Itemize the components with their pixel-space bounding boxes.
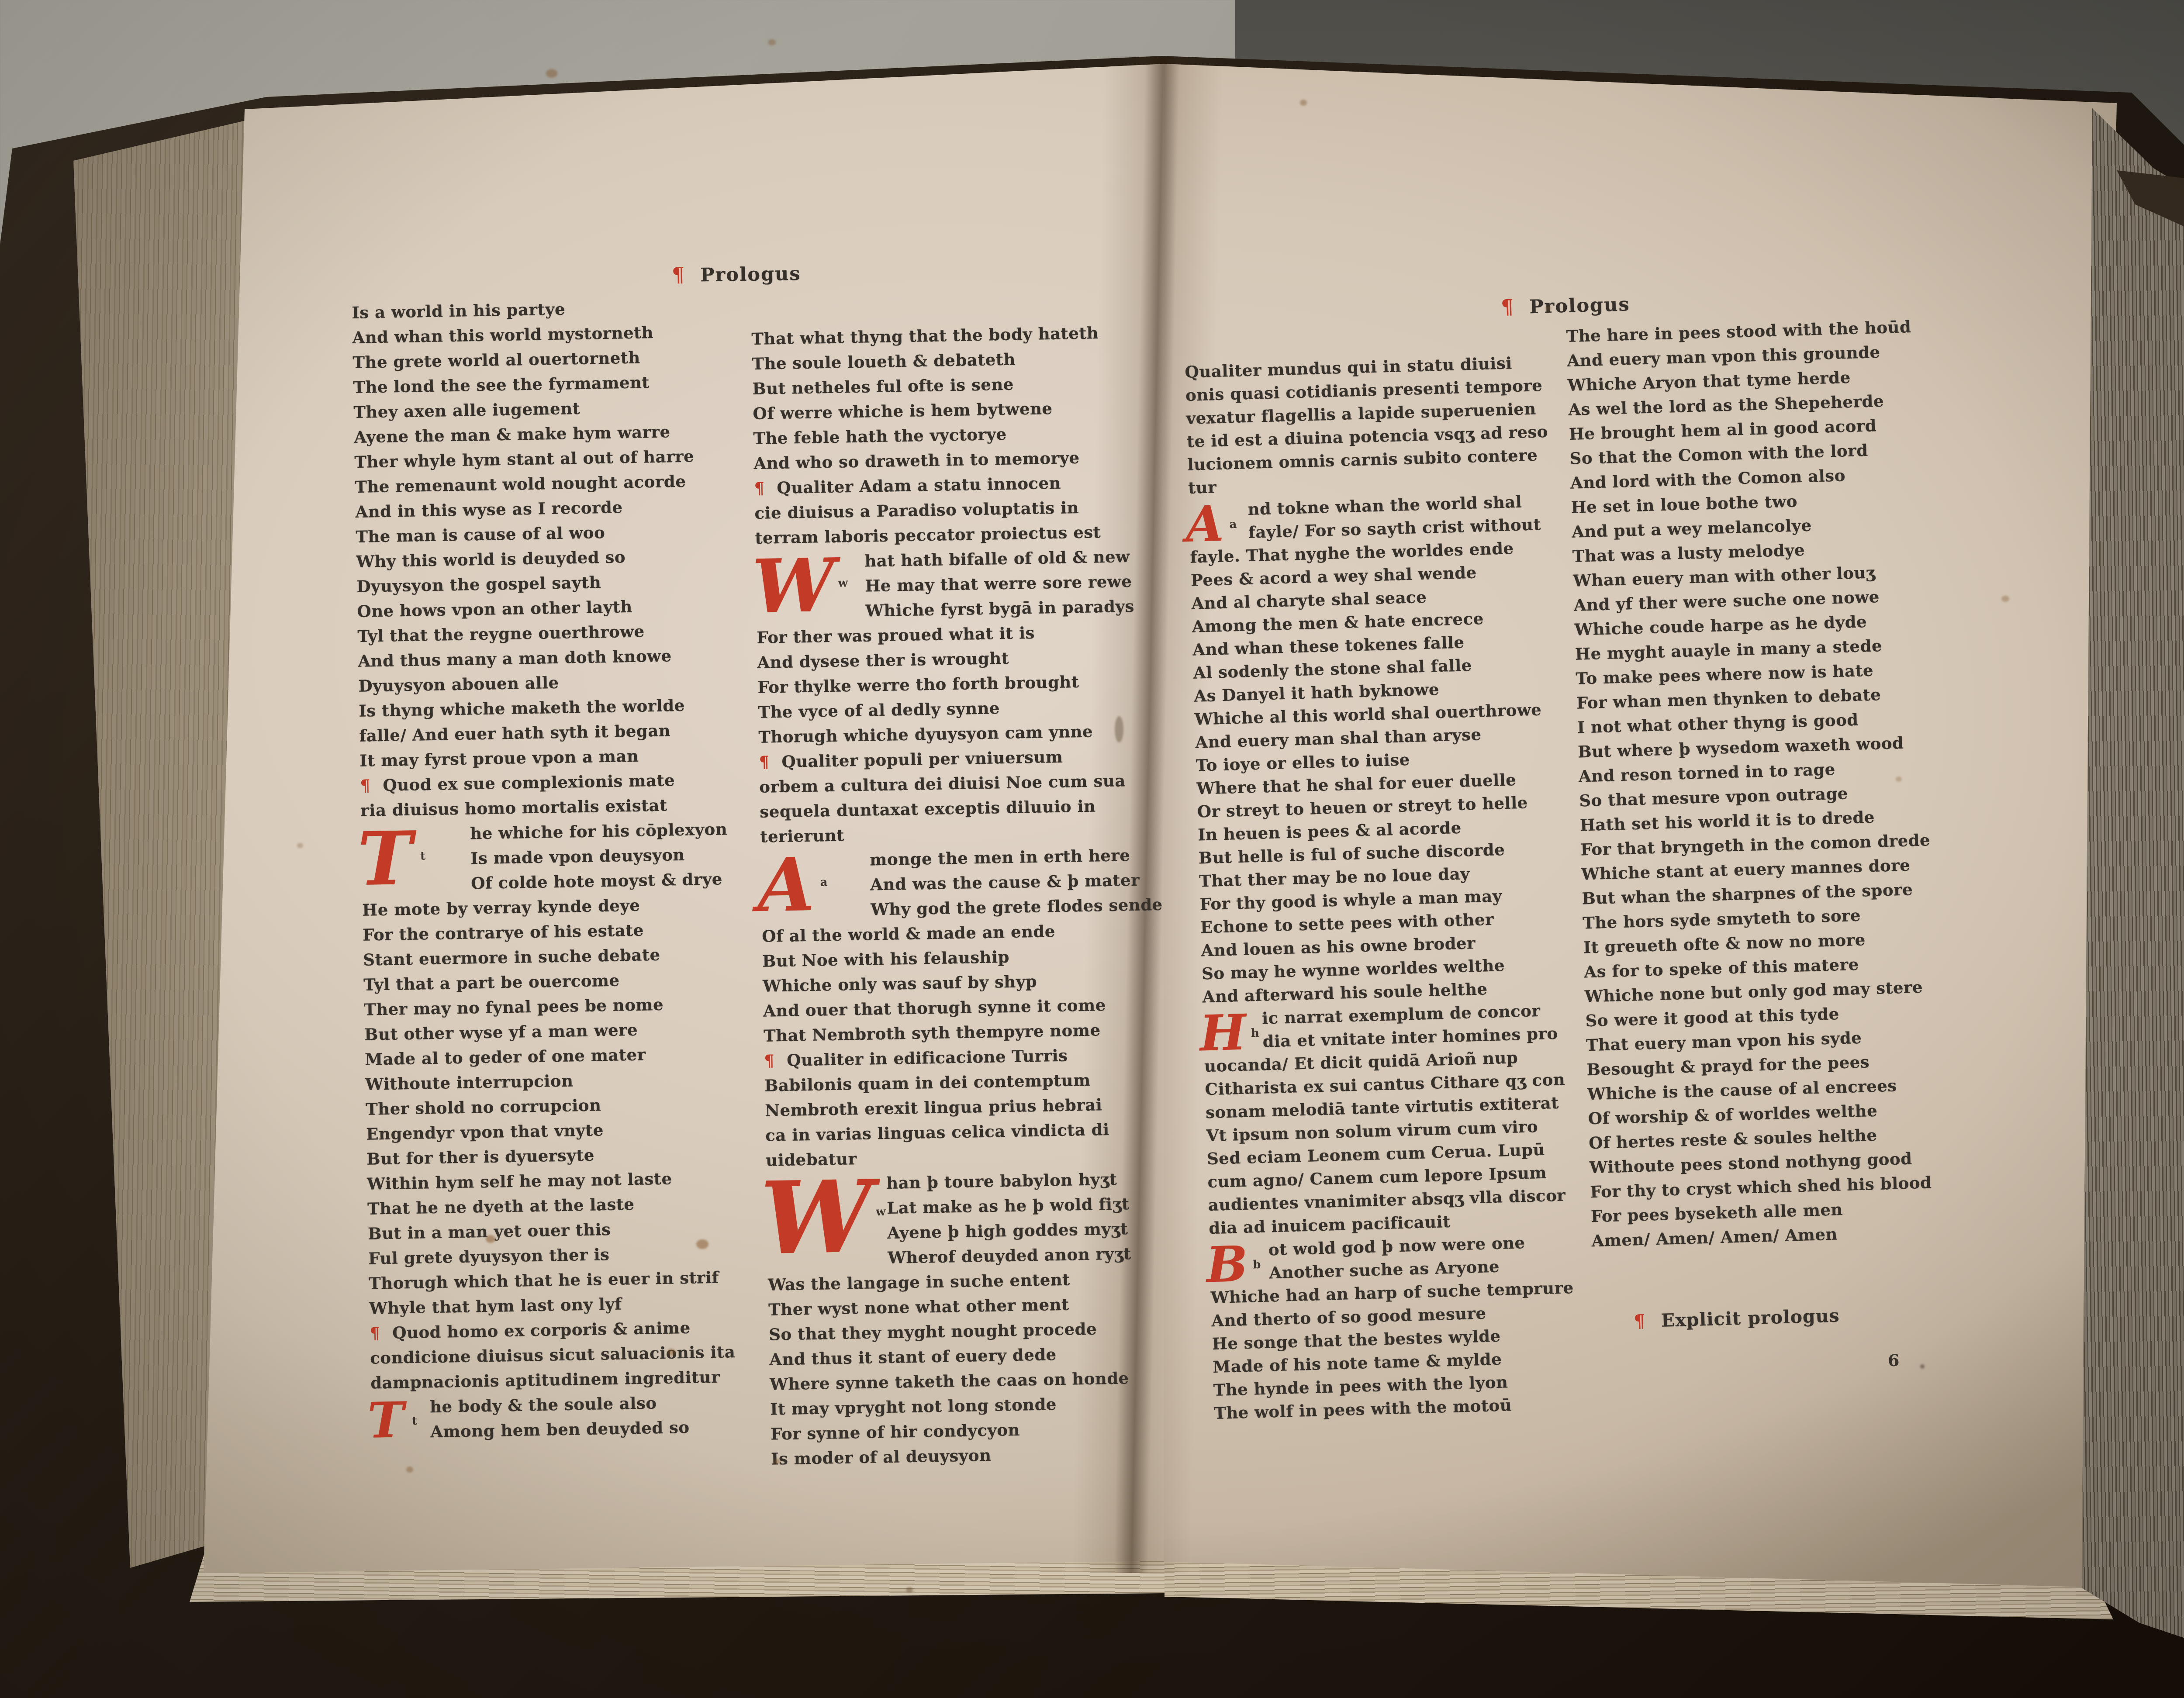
pilcrow-icon: ¶ xyxy=(759,752,770,771)
right-page-column-2: The hare in pees stood with the hoūdAnd … xyxy=(1566,313,1994,1253)
pilcrow-icon: ¶ xyxy=(370,1323,380,1343)
right-page-column-1: Qualiter mundus qui in statu diuisionis … xyxy=(1185,349,1616,1425)
running-title-right: ¶Prologus xyxy=(1500,292,1630,319)
pilcrow-icon: ¶ xyxy=(764,1051,775,1070)
left-page-column-2: That what thyng that the body hatethThe … xyxy=(751,320,1173,1472)
running-title-text: Prologus xyxy=(1529,293,1630,318)
pilcrow-icon: ¶ xyxy=(754,479,765,498)
running-title-text: Prologus xyxy=(700,263,801,286)
pilcrow-icon: ¶ xyxy=(360,776,371,795)
stain xyxy=(546,69,557,78)
pilcrow-icon: ¶ xyxy=(1633,1311,1645,1332)
stain xyxy=(768,39,776,45)
pilcrow-icon: ¶ xyxy=(672,263,686,286)
leaf-number: 6 xyxy=(1888,1350,1899,1370)
pilcrow-icon: ¶ xyxy=(1500,295,1515,319)
photograph-open-incunable-book: { "marks":{"pilcrow":"¶"}, "colors":{"ru… xyxy=(0,0,2184,1698)
running-title-left: ¶Prologus xyxy=(672,261,801,286)
left-page-column-1: Is a world in his partyeAnd whan this wo… xyxy=(352,293,774,1446)
